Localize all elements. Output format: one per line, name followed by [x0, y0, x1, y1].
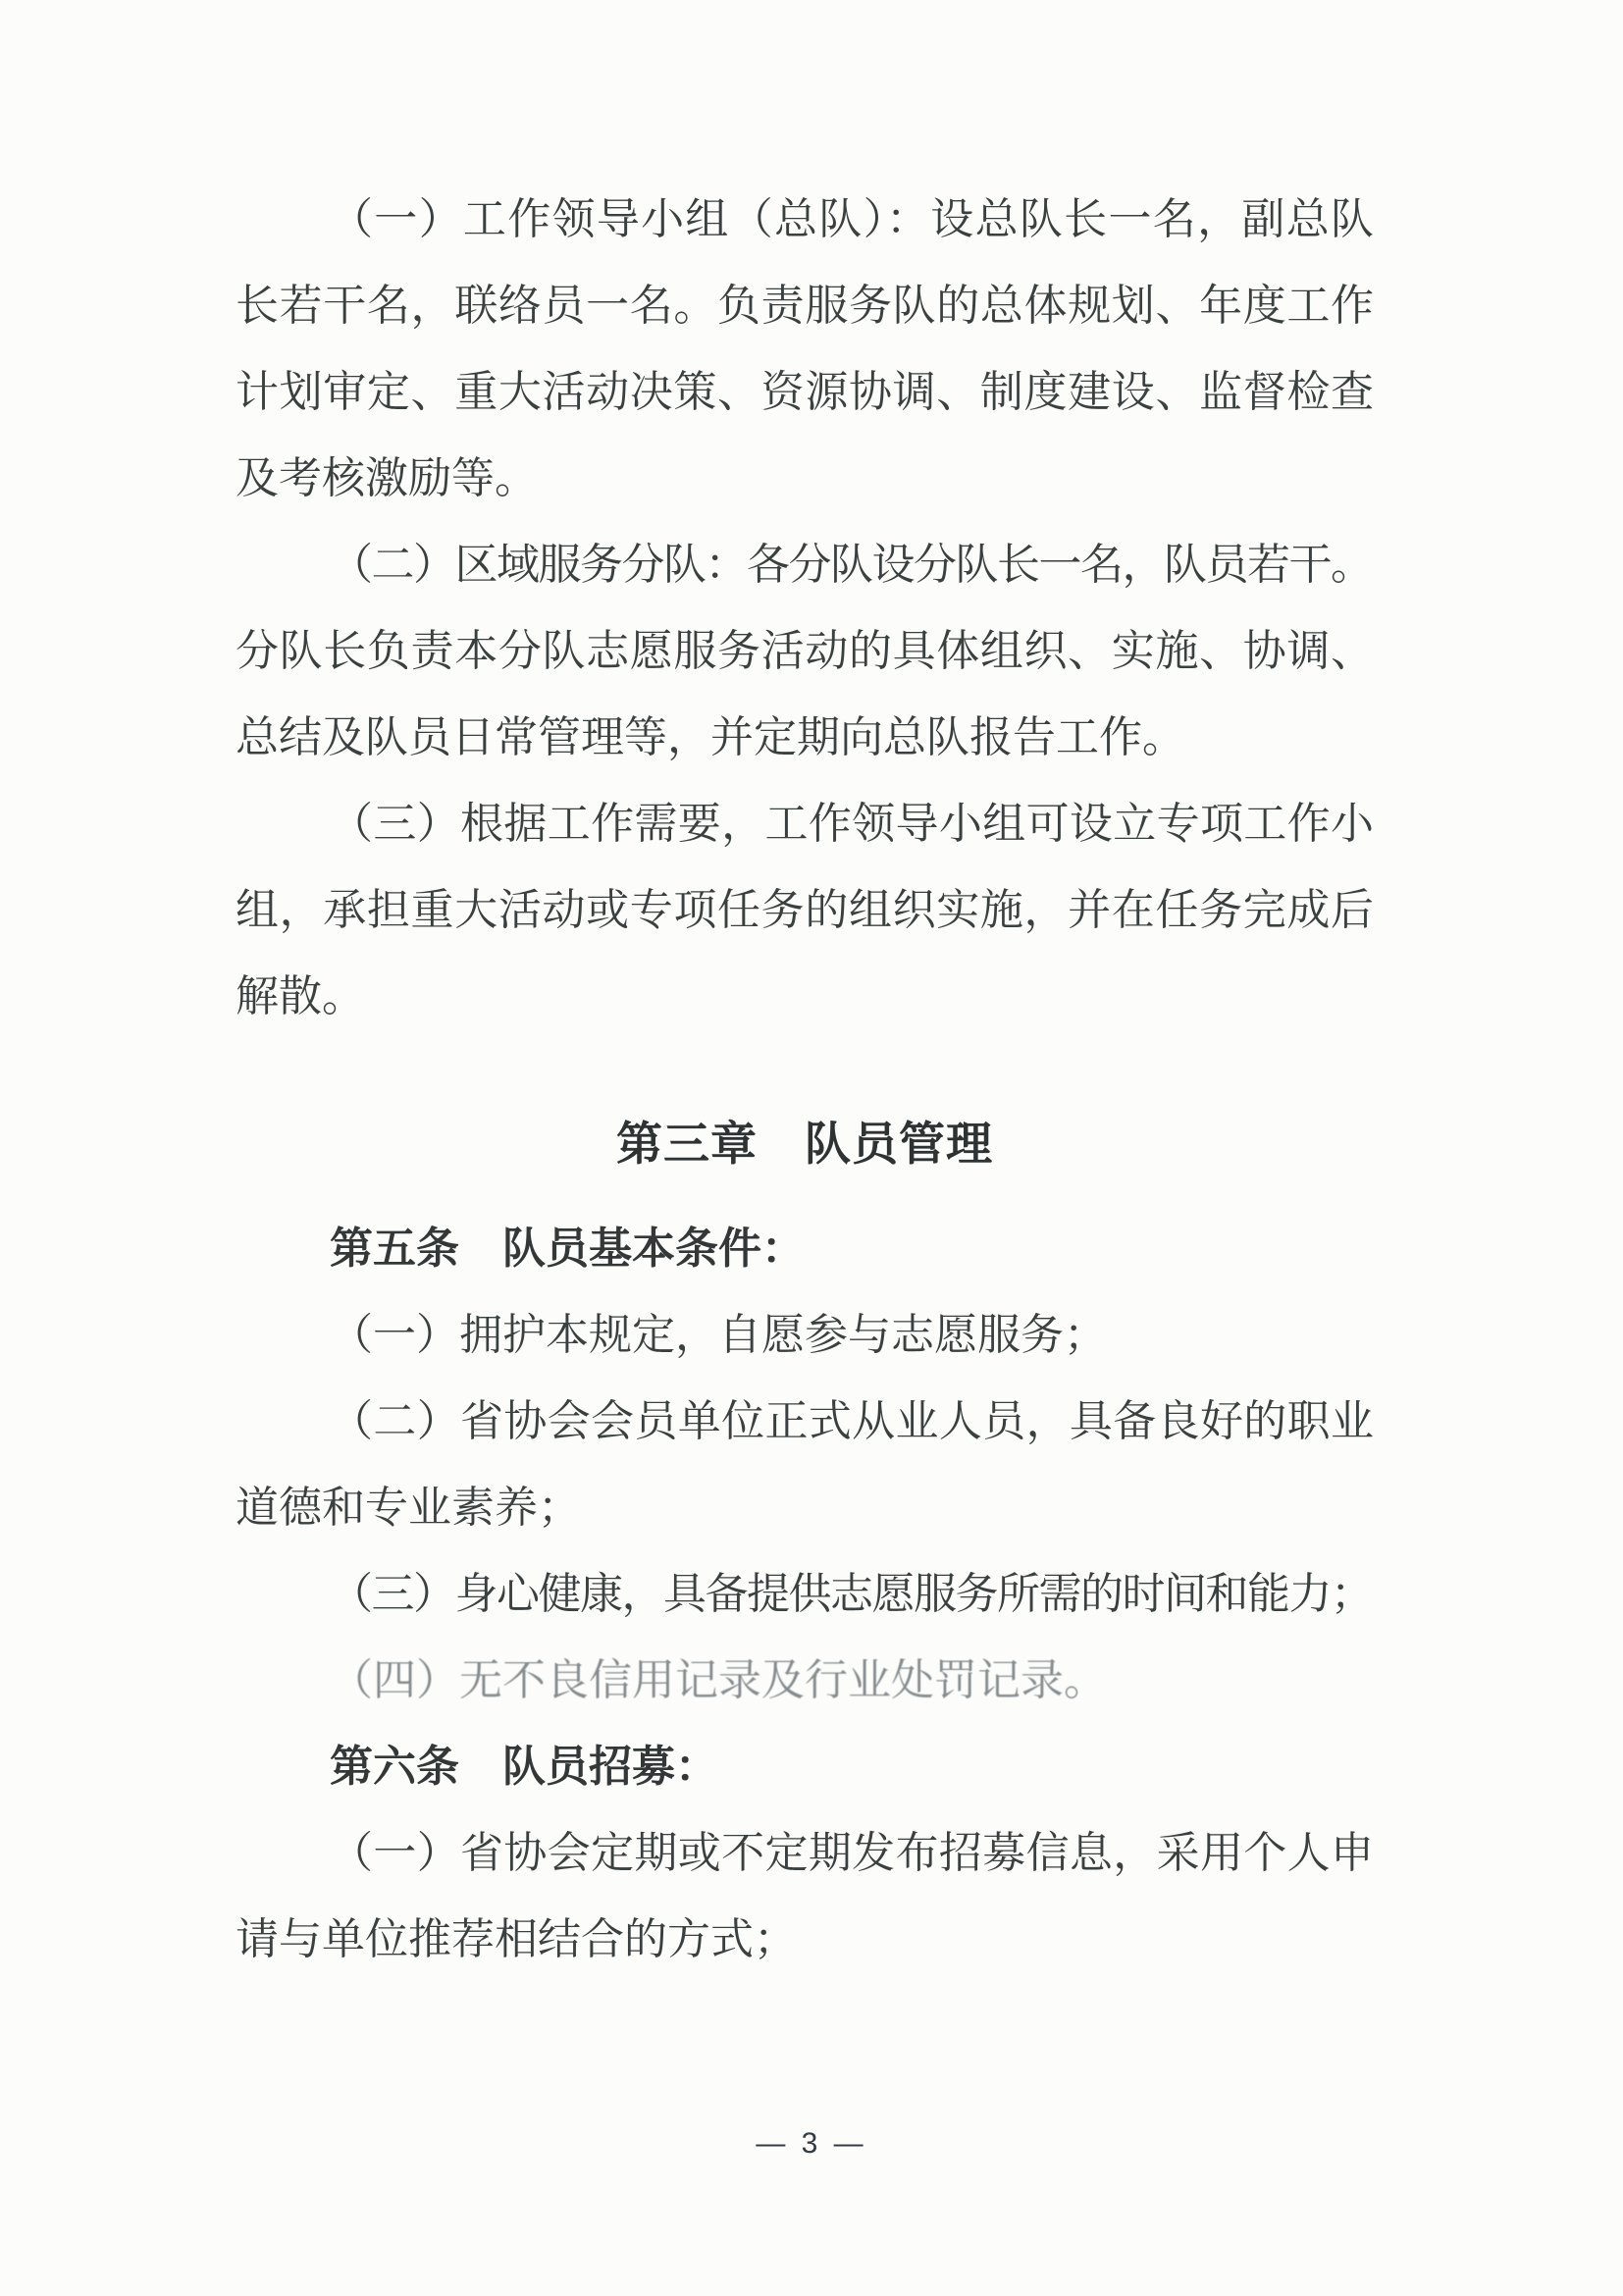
chapter-heading: 第三章 队员管理	[236, 1101, 1374, 1187]
body-line: （三）根据工作需要，工作领导小组可设立专项工作小	[236, 781, 1374, 867]
body-line: 道德和专业素养；	[236, 1465, 1374, 1551]
body-line: 计划审定、重大活动决策、资源协调、制度建设、监督检查	[236, 349, 1374, 436]
article-heading-line: 第六条 队员招募：	[236, 1724, 1374, 1810]
body-line: （一）拥护本规定，自愿参与志愿服务；	[236, 1292, 1374, 1379]
body-line: （二）省协会会员单位正式从业人员，具备良好的职业	[236, 1379, 1374, 1465]
body-line-faded: （四）无不良信用记录及行业处罚记录。	[236, 1638, 1374, 1724]
body-line: 请与单位推荐相结合的方式；	[236, 1897, 1374, 1983]
body-line: 解散。	[236, 954, 1374, 1040]
body-line: 组，承担重大活动或专项任务的组织实施，并在任务完成后	[236, 867, 1374, 954]
page-number: — 3 —	[0, 2119, 1623, 2168]
body-line: （一）省协会定期或不定期发布招募信息，采用个人申	[236, 1810, 1374, 1897]
document-page: （一）工作领导小组（总队）：设总队长一名，副总队 长若干名，联络员一名。负责服务…	[0, 0, 1623, 2296]
body-line: 总结及队员日常管理等，并定期向总队报告工作。	[236, 695, 1374, 781]
body-line: 及考核激励等。	[236, 436, 1374, 522]
article-heading-line: 第五条 队员基本条件：	[236, 1206, 1374, 1292]
body-line: （三）身心健康，具备提供志愿服务所需的时间和能力；	[236, 1551, 1374, 1638]
body-line: 长若干名，联络员一名。负责服务队的总体规划、年度工作	[236, 263, 1374, 349]
body-line: 分队长负责本分队志愿服务活动的具体组织、实施、协调、	[236, 608, 1374, 695]
body-line: （二）区域服务分队：各分队设分队长一名，队员若干。	[236, 522, 1374, 608]
document-body: （一）工作领导小组（总队）：设总队长一名，副总队 长若干名，联络员一名。负责服务…	[236, 177, 1374, 1983]
body-line: （一）工作领导小组（总队）：设总队长一名，副总队	[236, 177, 1374, 263]
